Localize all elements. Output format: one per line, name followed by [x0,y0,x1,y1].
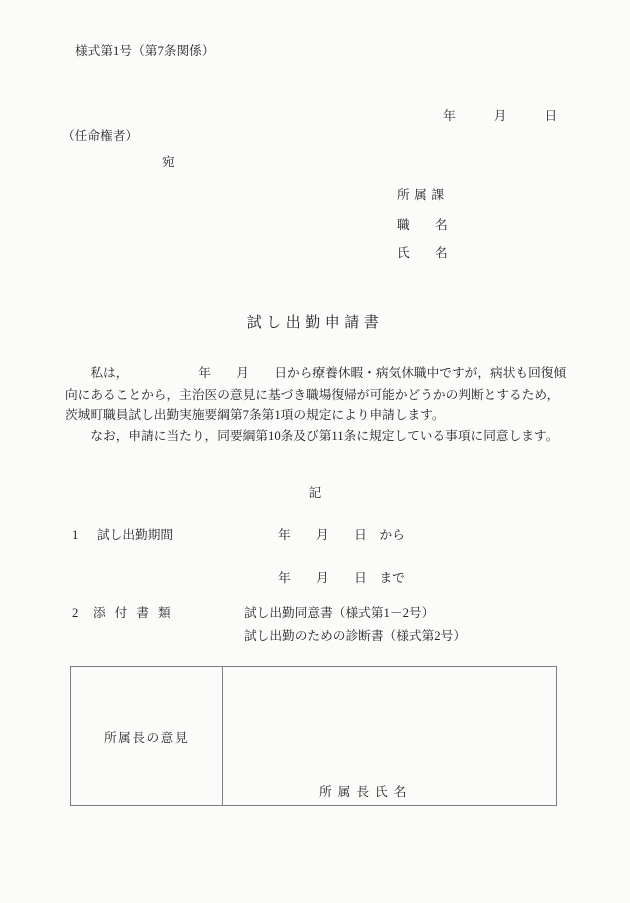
opinion-table: 所属長の意見 所属長氏名 [70,666,557,806]
affiliation-label: 所属課 [397,188,449,203]
item2-attachment-1: 試し出勤同意書（様式第1－2号） [244,606,434,621]
opinion-label: 所属長の意見 [104,727,189,746]
ki-separator: 記 [0,486,630,501]
body-line-1: 私は， 年 月 日から療養休暇・病気休職中ですが，病状も回復傾 [65,366,566,381]
body-line-4: なお，申請に当たり，同要綱第10条及び第11条に規定している事項に同意します。 [65,429,558,444]
supervisor-name-label: 所属長氏名 [319,781,412,800]
item1-period-from: 年 月 日 から [278,528,405,543]
application-form-page: 様式第1号（第7条関係） 年 月 日 （任命権者） 宛 所属課 職 名 氏 名 … [0,0,630,903]
appointer-label: （任命権者） [62,129,138,144]
body-line-2: 向にあることから，主治医の意見に基づき職場復帰が可能かどうかの判断とするため， [65,388,559,403]
item1-period-to: 年 月 日 まで [278,571,405,586]
form-title: 試し出勤申請書 [0,315,630,332]
item1-label: 試し出勤期間 [97,528,173,543]
body-line-3: 茨城町職員試し出勤実施要綱第7条第1項の規定により申請します。 [65,408,445,423]
form-number: 様式第1号（第7条関係） [75,44,215,59]
opinion-content-cell: 所属長氏名 [223,667,556,805]
name-label: 氏 名 [397,246,448,261]
item2-label: 添付書類 [93,606,180,621]
item2-attachment-2: 試し出勤のための診断書（様式第2号） [244,629,466,644]
addressee-suffix: 宛 [162,155,175,170]
item2-number: 2 [72,606,78,621]
opinion-label-cell: 所属長の意見 [71,667,223,805]
position-label: 職 名 [397,218,448,233]
date-line: 年 月 日 [443,109,557,124]
item1-number: 1 [72,528,78,543]
